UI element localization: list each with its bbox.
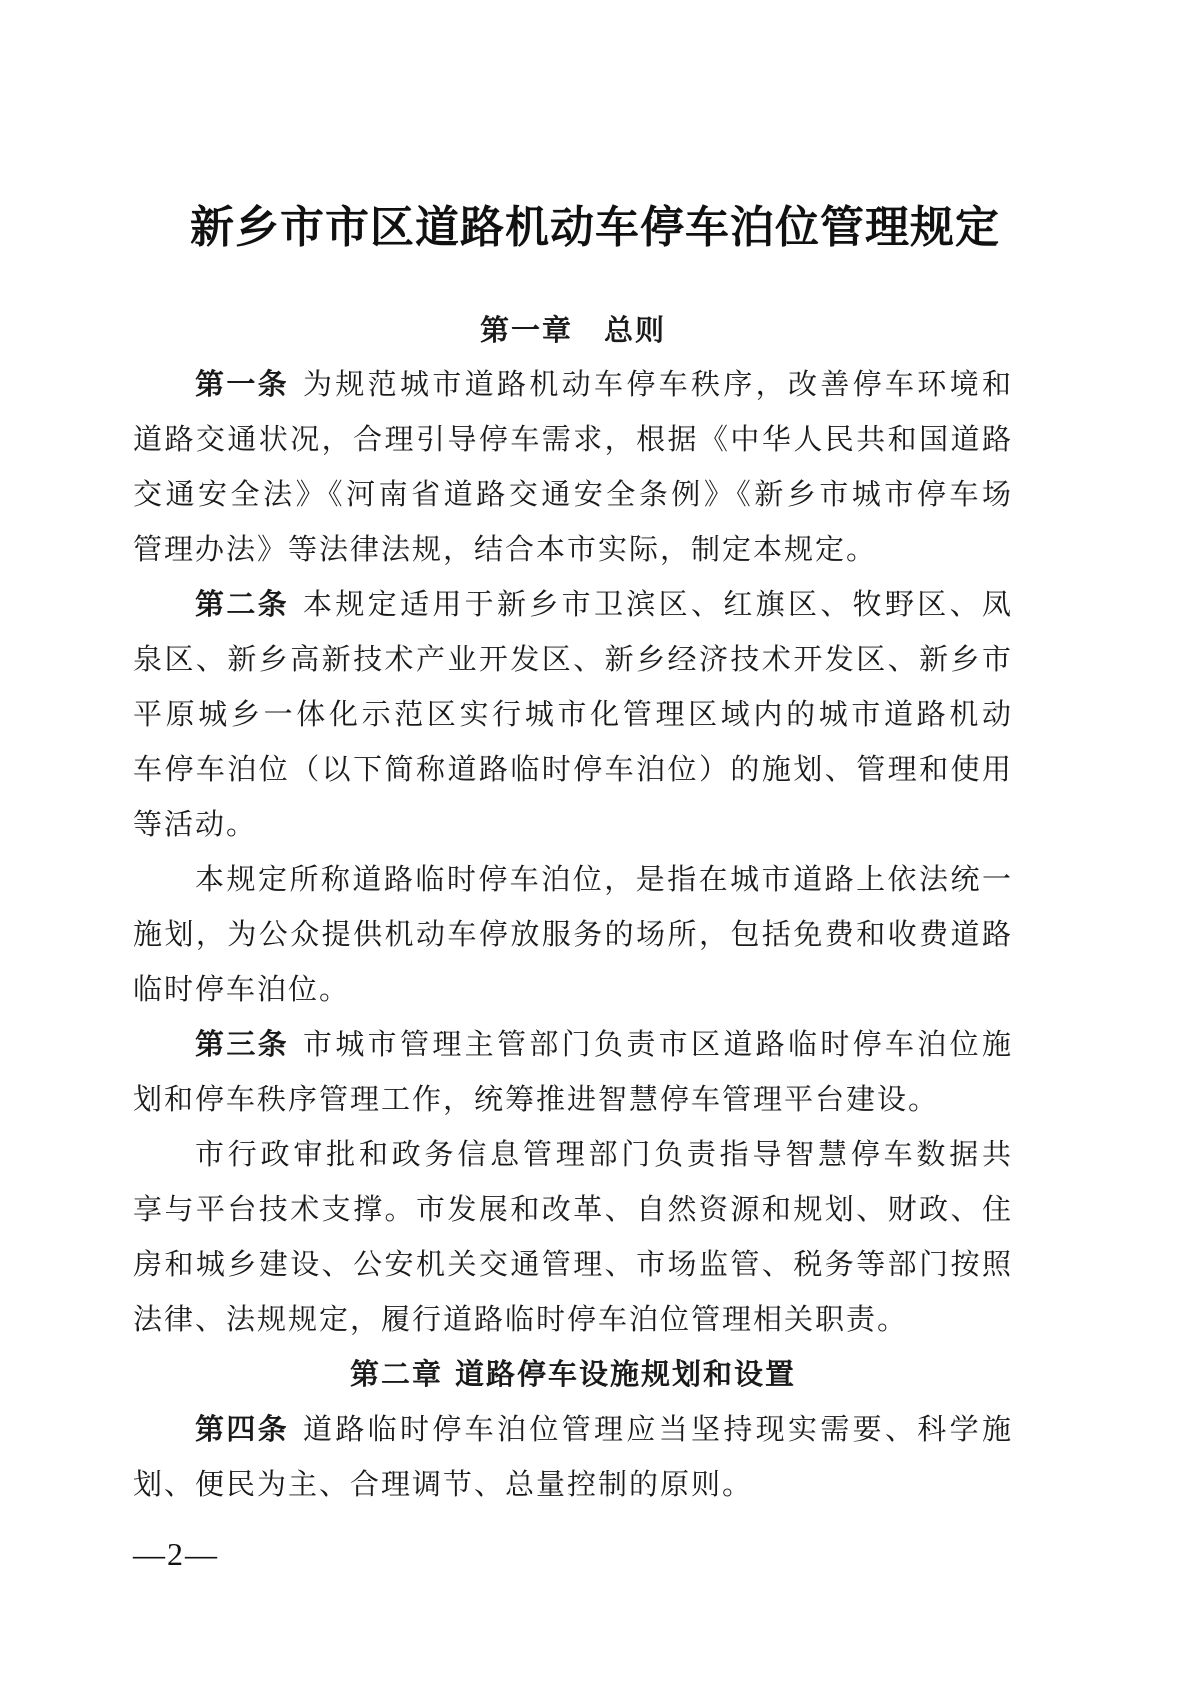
article-1-line-4: 管理办法》等法律法规，结合本市实际，制定本规定。 [133, 521, 1013, 577]
document-page: 新乡市市区道路机动车停车泊位管理规定 第一章 总则 第一条为规范城市道路机动车停… [0, 0, 1190, 1682]
article-2-para2-line-3: 临时停车泊位。 [133, 961, 1013, 1017]
article-2-line-3: 平原城乡一体化示范区实行城市化管理区域内的城市道路机动 [133, 686, 1013, 742]
article-3-para2-line-3: 房和城乡建设、公安机关交通管理、市场监管、税务等部门按照 [133, 1236, 1013, 1292]
article-2-line-4: 车停车泊位（以下简称道路临时停车泊位）的施划、管理和使用 [133, 741, 1013, 797]
document-title: 新乡市市区道路机动车停车泊位管理规定 [0, 200, 1190, 256]
article-2-line-2: 泉区、新乡高新技术产业开发区、新乡经济技术开发区、新乡市 [133, 631, 1013, 687]
article-4-line-1: 第四条道路临时停车泊位管理应当坚持现实需要、科学施 [195, 1401, 1013, 1457]
text: 市城市管理主管部门负责市区道路临时停车泊位施 [303, 1027, 1013, 1061]
article-label: 第二条 [195, 587, 289, 621]
article-2-para2-line-2: 施划，为公众提供机动车停放服务的场所，包括免费和收费道路 [133, 906, 1013, 962]
article-1-line-3: 交通安全法》《河南省道路交通安全条例》《新乡市城市停车场 [133, 466, 1013, 522]
text: 为规范城市道路机动车停车秩序，改善停车环境和 [303, 367, 1013, 401]
article-1-line-1: 第一条为规范城市道路机动车停车秩序，改善停车环境和 [195, 356, 1013, 412]
article-3-para2-line-2: 享与平台技术支撑。市发展和改革、自然资源和规划、财政、住 [133, 1181, 1013, 1237]
chapter-heading-1: 第一章 总则 [133, 302, 1013, 358]
article-label: 第三条 [195, 1027, 289, 1061]
article-2-line-1: 第二条本规定适用于新乡市卫滨区、红旗区、牧野区、凤 [195, 576, 1013, 632]
article-3-para2-line-4: 法律、法规规定，履行道路临时停车泊位管理相关职责。 [133, 1291, 1013, 1347]
text: 道路临时停车泊位管理应当坚持现实需要、科学施 [303, 1412, 1013, 1446]
article-label: 第四条 [195, 1412, 289, 1446]
article-3-line-1: 第三条市城市管理主管部门负责市区道路临时停车泊位施 [195, 1016, 1013, 1072]
text: 本规定适用于新乡市卫滨区、红旗区、牧野区、凤 [303, 587, 1013, 621]
article-3-para2-line-1: 市行政审批和政务信息管理部门负责指导智慧停车数据共 [195, 1126, 1013, 1182]
article-3-line-2: 划和停车秩序管理工作，统筹推进智慧停车管理平台建设。 [133, 1071, 1013, 1127]
article-4-line-2: 划、便民为主、合理调节、总量控制的原则。 [133, 1456, 1013, 1512]
article-2-line-5: 等活动。 [133, 796, 1013, 852]
article-2-para2-line-1: 本规定所称道路临时停车泊位，是指在城市道路上依法统一 [195, 851, 1013, 907]
chapter-heading-2: 第二章 道路停车设施规划和设置 [133, 1346, 1013, 1402]
article-label: 第一条 [195, 367, 289, 401]
page-number: —2— [133, 1530, 219, 1578]
article-1-line-2: 道路交通状况，合理引导停车需求，根据《中华人民共和国道路 [133, 411, 1013, 467]
